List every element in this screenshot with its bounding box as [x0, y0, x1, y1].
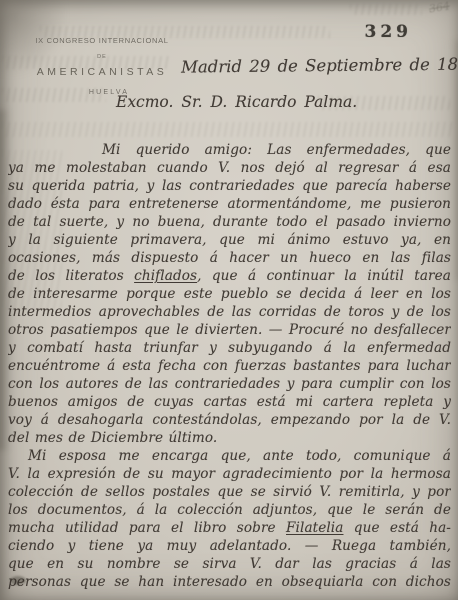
line-text: mucha utilidad para el libro sobre: [8, 520, 286, 536]
letter-line: su querida patria, y las contrariedades …: [8, 177, 451, 195]
letter-line: voy á desahogarla contestándolas, empeza…: [8, 411, 451, 429]
letter-line: con los autores de las contrariedades y …: [8, 375, 451, 393]
line-text: de los literatos: [8, 268, 134, 284]
letter-line: de interesarme porque este pueblo se dec…: [8, 285, 451, 303]
letterhead-americanistas-line: AMERICANISTAS: [20, 66, 184, 78]
bleedthrough-mark: [2, 122, 452, 137]
letter-line: y combatí hasta triunfar y subyugando á …: [8, 339, 451, 357]
letter-line: ciendo y tiene ya muy adelantado. — Rueg…: [8, 537, 451, 555]
letterhead: IX CONGRESO INTERNACIONAL DE AMERICANIST…: [20, 36, 184, 96]
underlined-word: Filatelia: [286, 520, 343, 536]
pencil-number: 364: [428, 0, 451, 16]
letter-line: los documentos, á la colección adjuntos,…: [8, 501, 451, 519]
letter-line: dado ésta para entretenerse atormentándo…: [8, 195, 451, 213]
letter-line: que en su nombre se sirva V. dar las gra…: [8, 555, 451, 573]
line-text: , que á continuar la inútil tarea: [197, 268, 451, 284]
letter-page: 364 329 IX CONGRESO INTERNACIONAL DE AME…: [0, 0, 458, 600]
letter-line: Mi esposa me encarga que, ante todo, com…: [8, 447, 451, 465]
letter-body: Mi querido amigo: Las enfermedades, que …: [8, 141, 451, 591]
letter-line: del mes de Diciembre último.: [8, 429, 451, 447]
letter-line: de tal suerte, y no buena, durante todo …: [8, 213, 451, 231]
letter-line: encuéntrome á esta fecha con fuerzas bas…: [8, 357, 451, 375]
letter-line: otros pasatiempos que le divierten. — Pr…: [8, 321, 451, 339]
letterhead-congress-line: IX CONGRESO INTERNACIONAL: [20, 36, 184, 45]
line-text: que está ha-: [343, 520, 451, 536]
letter-line: ocasiones, más dispuesto á hacer un huec…: [8, 249, 451, 267]
dateline: Madrid 29 de Septiembre de 1894.: [181, 54, 458, 76]
letter-line: V. la expresión de su mayor agradecimien…: [8, 465, 451, 483]
page-number-stamp: 329: [365, 22, 413, 42]
letter-line: de los literatos chiflados, que á contin…: [8, 267, 451, 285]
letter-line: y la siguiente primavera, que mi ánimo e…: [8, 231, 451, 249]
letterhead-de-line: DE: [20, 54, 184, 60]
salutation: Excmo. Sr. D. Ricardo Palma.: [116, 93, 357, 111]
letter-line: buenos amigos de cuyas cartas está mi ca…: [8, 393, 451, 411]
letter-line: colección de sellos postales que se sirv…: [8, 483, 451, 501]
letter-line: mucha utilidad para el libro sobre Filat…: [8, 519, 451, 537]
bleedthrough-mark: [350, 4, 422, 15]
letter-line: Mi querido amigo: Las enfermedades, que: [8, 141, 451, 159]
letter-line: ya me molestaban cuando V. nos dejó al r…: [8, 159, 451, 177]
right-edge-smudge: [452, 40, 458, 280]
letter-line: intermedios aprovechables de las corrida…: [8, 303, 451, 321]
letter-line: personas que se han interesado en obsequ…: [8, 573, 451, 591]
underlined-word: chiflados: [134, 268, 197, 284]
